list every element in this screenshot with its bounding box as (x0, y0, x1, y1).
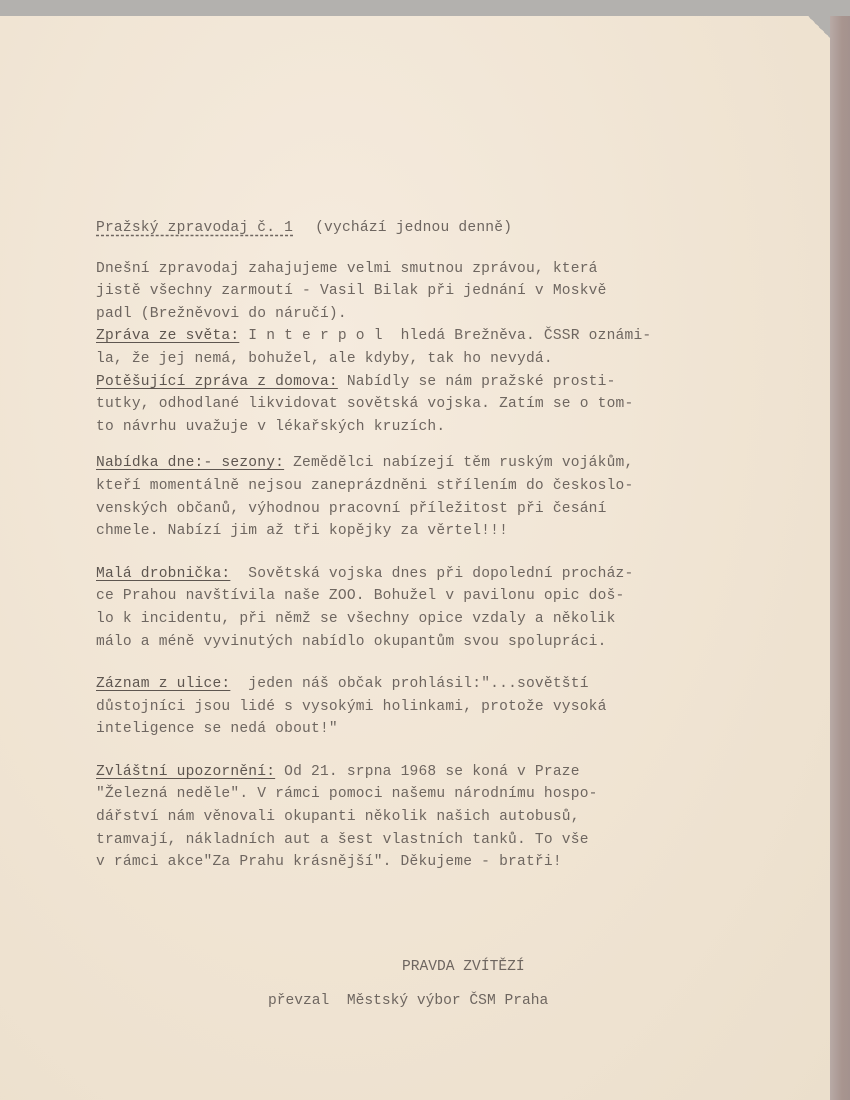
paragraph-line: jistě všechny zarmoutí - Vasil Bilak při… (96, 283, 607, 299)
paragraph-heading: Nabídka dne:- sezony: (96, 455, 284, 471)
paragraph: Nabídka dne:- sezony: Zemědělci nabízejí… (96, 452, 736, 542)
scan-top-edge (0, 0, 850, 16)
paragraph: Dnešní zpravodaj zahajujeme velmi smutno… (96, 258, 736, 326)
paragraph-line: chmele. Nabízí jim až tři kopějky za věr… (96, 523, 508, 539)
paragraph-line: I n t e r p o l hledá Brežněva. ČSSR ozn… (239, 328, 651, 344)
title-line: Pražský zpravodaj č. 1(vychází jednou de… (96, 217, 736, 240)
paragraph-line: málo a méně vyvinutých nabídlo okupantům… (96, 634, 607, 650)
paragraph-line: to návrhu uvažuje v lékařských kruzích. (96, 419, 445, 435)
paragraph-line: kteří momentálně nejsou zaneprázdněni st… (96, 478, 633, 494)
signature: převzal Městský výbor ČSM Praha (268, 993, 548, 1009)
paragraph: Potěšující zpráva z domova: Nabídly se n… (96, 371, 736, 439)
paragraph-heading: Záznam z ulice: (96, 676, 230, 692)
document-body: Pražský zpravodaj č. 1(vychází jednou de… (96, 217, 736, 874)
paragraph-line: Nabídly se nám pražské prosti- (338, 374, 616, 390)
paragraphs: Dnešní zpravodaj zahajujeme velmi smutno… (96, 258, 736, 874)
paragraph-line: jeden náš občak prohlásil:"...sovětští (230, 676, 588, 692)
paragraph-line: tramvají, nákladních aut a šest vlastníc… (96, 832, 589, 848)
paragraph-line: tutky, odhodlané likvidovat sovětská voj… (96, 396, 633, 412)
paragraph: Zpráva ze světa: I n t e r p o l hledá B… (96, 325, 736, 370)
paragraph-line: la, že jej nemá, bohužel, ale kdyby, tak… (96, 351, 553, 367)
document-subtitle: (vychází jednou denně) (315, 220, 512, 236)
paragraph-line: "Železná neděle". V rámci pomoci našemu … (96, 786, 598, 802)
paragraph-line: v rámci akce"Za Prahu krásnější". Děkuje… (96, 854, 562, 870)
paragraph-line: Sovětská vojska dnes při dopolední proch… (230, 566, 633, 582)
paragraph-line: důstojníci jsou lidé s vysokými holinkam… (96, 699, 607, 715)
paragraph-line: Dnešní zpravodaj zahajujeme velmi smutno… (96, 261, 598, 277)
motto: PRAVDA ZVÍTĚZÍ (402, 959, 525, 975)
paragraph-heading: Zvláštní upozornění: (96, 764, 275, 780)
paragraph-heading: Malá drobnička: (96, 566, 230, 582)
paragraph-line: lo k incidentu, při němž se všechny opic… (96, 611, 616, 627)
paragraph-line: dářství nám věnovali okupanti několik na… (96, 809, 580, 825)
paragraph-line: inteligence se nedá obout!" (96, 721, 338, 737)
paragraph-line: ce Prahou navštívila naše ZOO. Bohužel v… (96, 588, 625, 604)
scan-right-edge (830, 16, 850, 1100)
paragraph-line: Zemědělci nabízejí těm ruským vojákům, (284, 455, 633, 471)
paragraph-line: Od 21. srpna 1968 se koná v Praze (275, 764, 580, 780)
paragraph: Záznam z ulice: jeden náš občak prohlási… (96, 673, 736, 741)
paragraph: Zvláštní upozornění: Od 21. srpna 1968 s… (96, 761, 736, 874)
paragraph-heading: Zpráva ze světa: (96, 328, 239, 344)
paragraph-line: padl (Brežněvovi do náručí). (96, 306, 347, 322)
document-title: Pražský zpravodaj č. 1 (96, 220, 293, 236)
paragraph: Malá drobnička: Sovětská vojska dnes při… (96, 563, 736, 653)
paragraph-heading: Potěšující zpráva z domova: (96, 374, 338, 390)
paragraph-line: venských občanů, výhodnou pracovní příle… (96, 501, 607, 517)
